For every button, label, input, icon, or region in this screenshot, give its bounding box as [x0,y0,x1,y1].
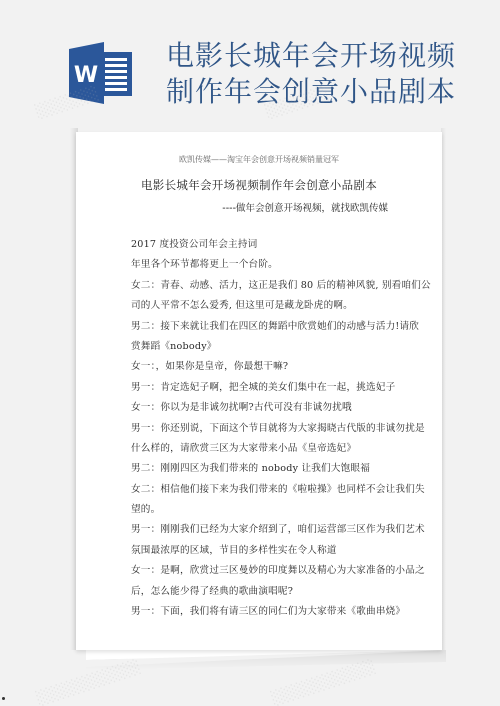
body-line: 后，怎么能少得了经典的歌曲演唱呢? [131,582,421,602]
body-line: 女一：是啊，欣赏过三区曼妙的印度舞以及精心为大家准备的小品之 [131,561,421,581]
body-line: 男二：刚刚四区为我们带来的 nobody 让我们大饱眼福 [131,459,421,479]
banner-title: 电影长城年会开场视频 制作年会创意小品剧本 [166,38,456,110]
body-line: 赏舞蹈《nobody》 [131,337,421,357]
body-line: 氛围最浓厚的区域，节目的多样性实在令人称道 [131,541,421,561]
document-body: 2017 度投资公司年会主持词 年里各个环节都将更上一个台阶。 女二：青春、动感… [131,235,421,622]
body-line: 年里各个环节都将更上一个台阶。 [131,255,421,275]
word-document-icon: W [69,42,135,104]
header-banner: W 电影长城年会开场视频 制作年会创意小品剧本 [0,0,500,130]
body-line: 女一：，如果你是皇帝，你最想干嘛? [131,357,421,377]
body-line: 什么样的，请欣赏三区为大家带来小品《皇帝选妃》 [131,439,421,459]
body-line: 司的人平常不怎么爱秀, 但这里可是藏龙卧虎的啊。 [131,296,421,316]
body-line: 女二：青春、动感、活力，这正是我们 80 后的精神风貌, 别看咱们公 [131,276,421,296]
banner-title-line-2: 制作年会创意小品剧本 [166,74,456,110]
body-line: 男一：肯定选妃子啊，把全城的美女们集中在一起，挑选妃子 [131,378,421,398]
body-line: 男一：你还别说，下面这个节目就将为大家揭晓古代版的非诚勿扰是 [131,419,421,439]
body-line: 男一：刚刚我们已经为大家介绍到了，咱们运营部三区作为我们艺术 [131,520,421,540]
body-line: 男一：下面，我们将有请三区的同仁们为大家带来《歌曲串烧》 [131,602,421,622]
document-header-line: 欧凯传媒——淘宝年会创意开场视频销量冠军 [76,154,442,165]
banner-title-line-1: 电影长城年会开场视频 [166,38,456,74]
corner-dot [2,697,5,700]
document-page: 欧凯传媒——淘宝年会创意开场视频销量冠军 电影长城年会开场视频制作年会创意小品剧… [76,132,442,650]
body-line: 女一：你以为是非诚勿扰啊?古代可没有非诚勿扰哦 [131,398,421,418]
body-line: 女二：相信他们接下来为我们带来的《啦啦操》也同样不会让我们失 [131,480,421,500]
watermark: ░░░░░░░░░░ [270,659,377,706]
body-line: 男二：接下来就让我们在四区的舞蹈中欣赏她们的动感与活力!请欣 [131,317,421,337]
body-line: 望的。 [131,500,421,520]
body-line: 2017 度投资公司年会主持词 [131,235,421,255]
word-icon-letter: W [74,63,98,88]
document-subtitle: ----做年会创意开场视频，就找欧凯传媒 [222,200,388,214]
document-title: 电影长城年会开场视频制作年会创意小品剧本 [76,177,442,193]
